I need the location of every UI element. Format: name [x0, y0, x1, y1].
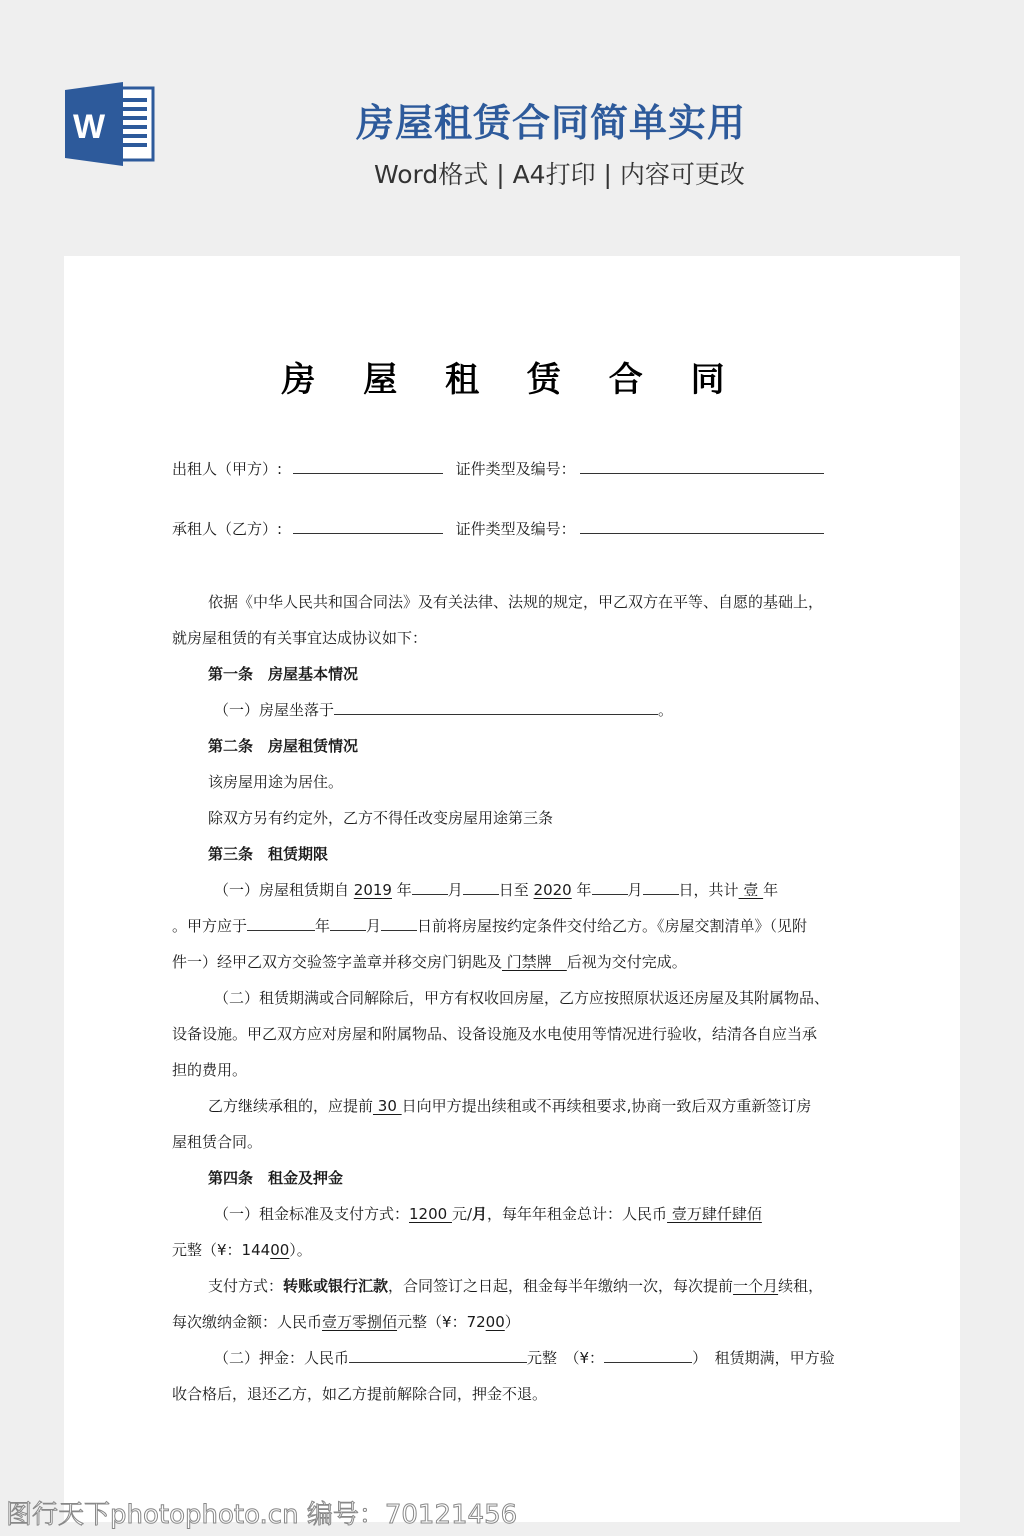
text: （二）押金：人民币: [214, 1349, 349, 1367]
text: （一）房屋租赁期自: [214, 881, 354, 899]
delivery-date-line: 。甲方应于年月日前将房屋按约定条件交付给乙方。《房屋交割清单》（见附: [172, 915, 807, 936]
svg-text:W: W: [73, 108, 106, 146]
text: 。甲方应于: [172, 917, 247, 935]
text: 续租，: [778, 1277, 823, 1295]
word-document-icon: W: [65, 82, 155, 166]
renewal-line: 乙方继续承租的，应提前 30 日向甲方提出续租或不再续租要求,协商一致后双方重新…: [208, 1095, 811, 1116]
deposit-line: （二）押金：人民币元整 （¥：） 租赁期满，甲方验: [214, 1347, 835, 1368]
payment-amount-words-value[interactable]: 壹万零捌佰: [322, 1313, 397, 1331]
end-year-value[interactable]: 2020: [534, 881, 572, 899]
text: 月: [366, 917, 381, 935]
renewal-line-2: 屋租赁合同。: [172, 1131, 262, 1152]
handover-item-value[interactable]: 门禁牌: [502, 953, 567, 971]
text: ，合同签订之日起，租金每半年缴纳一次，每次提前: [388, 1277, 733, 1295]
lessee-label: 承租人（乙方）:: [172, 520, 282, 538]
article-4-heading: 第四条 租金及押金: [208, 1167, 343, 1188]
text: 月: [448, 881, 463, 899]
lessee-row: 承租人（乙方）: 证件类型及编号：: [172, 518, 824, 539]
delivery-day-field[interactable]: [381, 916, 417, 931]
deposit-amount-field[interactable]: [604, 1348, 692, 1363]
text: 元整（¥：144: [172, 1241, 270, 1259]
text: 月: [472, 1205, 487, 1223]
end-month-field[interactable]: [592, 880, 628, 895]
return-line-2: 设备设施。甲乙双方应对房屋和附属物品、设备设施及水电使用等情况进行验收，结清各自…: [172, 1023, 817, 1044]
banner-subtitle: Word格式 | A4打印 | 内容可更改: [374, 155, 745, 191]
text: 年: [392, 881, 412, 899]
payment-amount-line: 每次缴纳金额：人民币壹万零捌佰元整（¥：7200）: [172, 1311, 520, 1332]
lessor-row: 出租人（甲方）: 证件类型及编号：: [172, 458, 824, 479]
annual-rent-words-value[interactable]: 壹万肆仟肆佰: [667, 1205, 762, 1223]
article-1-heading: 第一条 房屋基本情况: [208, 663, 358, 684]
term-value[interactable]: 壹: [739, 881, 764, 899]
start-day-field[interactable]: [463, 880, 499, 895]
lessor-label: 出租人（甲方）:: [172, 460, 282, 478]
article-3-heading: 第三条 租赁期限: [208, 843, 328, 864]
lessor-id-label: 证件类型及编号：: [456, 460, 576, 478]
text: 支付方式：: [208, 1277, 283, 1295]
lessee-name-field[interactable]: [293, 519, 443, 534]
rent-total-line: 元整（¥：14400）。: [172, 1239, 312, 1260]
text: 年: [763, 881, 778, 899]
start-year-value[interactable]: 2019: [354, 881, 392, 899]
lessor-name-field[interactable]: [293, 459, 443, 474]
notice-days-value[interactable]: 30: [373, 1097, 402, 1115]
advance-period-value[interactable]: 一个月: [733, 1277, 778, 1295]
text: 年: [315, 917, 330, 935]
text: 元/: [452, 1205, 472, 1223]
lease-term-line: （一）房屋租赁期自 2019 年月日至 2020 年月日，共计 壹 年: [214, 879, 778, 900]
payment-method-line: 支付方式：转账或银行汇款，合同签订之日起，租金每半年缴纳一次，每次提前一个月续租…: [208, 1275, 823, 1296]
location-label: （一）房屋坐落于: [214, 701, 334, 719]
annual-rent-value[interactable]: 00: [270, 1241, 289, 1259]
article-2-line-2: 除双方另有约定外，乙方不得任改变房屋用途第三条: [208, 807, 553, 828]
watermark: 图行天下photophoto.cn 编号：70121456: [6, 1494, 517, 1531]
deposit-line-2: 收合格后，退还乙方，如乙方提前解除合同，押金不退。: [172, 1383, 547, 1404]
text: 件一）经甲乙双方交验签字盖章并移交房门钥匙及: [172, 953, 502, 971]
text: 元整 （¥：: [527, 1349, 604, 1367]
return-line-1: （二）租赁期满或合同解除后，甲方有权收回房屋，乙方应按照原状返还房屋及其附属物品…: [214, 987, 829, 1008]
text: 年: [572, 881, 592, 899]
rent-standard-line: （一）租金标准及支付方式：1200 元/月，每年年租金总计：人民币 壹万肆仟肆佰: [214, 1203, 762, 1224]
lessee-id-field[interactable]: [580, 519, 824, 534]
start-month-field[interactable]: [412, 880, 448, 895]
text: 日向甲方提出续租或不再续租要求,协商一致后双方重新签订房: [402, 1097, 812, 1115]
text: 元整（¥：72: [397, 1313, 486, 1331]
text: ） 租赁期满，甲方验: [692, 1349, 835, 1367]
delivery-year-field[interactable]: [247, 916, 315, 931]
article-2-heading: 第二条 房屋租赁情况: [208, 735, 358, 756]
text: ）。: [289, 1241, 312, 1259]
lessee-id-label: 证件类型及编号：: [456, 520, 576, 538]
text: 后视为交付完成。: [567, 953, 687, 971]
lessor-id-field[interactable]: [580, 459, 824, 474]
article-2-line-1: 该房屋用途为居住。: [208, 771, 343, 792]
text: （一）租金标准及支付方式：: [214, 1205, 409, 1223]
intro-line-1: 依据《中华人民共和国合同法》及有关法律、法规的规定，甲乙双方在平等、自愿的基础上…: [208, 591, 823, 612]
period: 。: [658, 701, 673, 719]
return-line-3: 担的费用。: [172, 1059, 247, 1080]
document-page: 房 屋 租 赁 合 同 出租人（甲方）: 证件类型及编号： 承租人（乙方）: 证…: [64, 256, 960, 1522]
document-title: 房 屋 租 赁 合 同: [64, 352, 960, 401]
end-day-field[interactable]: [643, 880, 679, 895]
text: 日，共计: [679, 881, 739, 899]
deposit-words-field[interactable]: [349, 1348, 527, 1363]
text: 每次缴纳金额：人民币: [172, 1313, 322, 1331]
banner-title: 房屋租赁合同简单实用: [356, 92, 746, 147]
text: 月: [628, 881, 643, 899]
payment-method-value: 转账或银行汇款: [283, 1277, 388, 1295]
intro-line-2: 就房屋租赁的有关事宜达成协议如下：: [172, 627, 427, 648]
property-location-field[interactable]: [334, 700, 658, 715]
text: 日至: [499, 881, 534, 899]
text: ）: [505, 1313, 520, 1331]
text: 日前将房屋按约定条件交付给乙方。《房屋交割清单》（见附: [417, 917, 807, 935]
text: 乙方继续承租的，应提前: [208, 1097, 373, 1115]
article-1-item-1: （一）房屋坐落于。: [214, 699, 673, 720]
payment-amount-value[interactable]: 00: [486, 1313, 505, 1331]
handover-line: 件一）经甲乙双方交验签字盖章并移交房门钥匙及 门禁牌 后视为交付完成。: [172, 951, 687, 972]
text: ，每年年租金总计：人民币: [487, 1205, 667, 1223]
delivery-month-field[interactable]: [330, 916, 366, 931]
monthly-rent-value[interactable]: 1200: [409, 1205, 452, 1223]
